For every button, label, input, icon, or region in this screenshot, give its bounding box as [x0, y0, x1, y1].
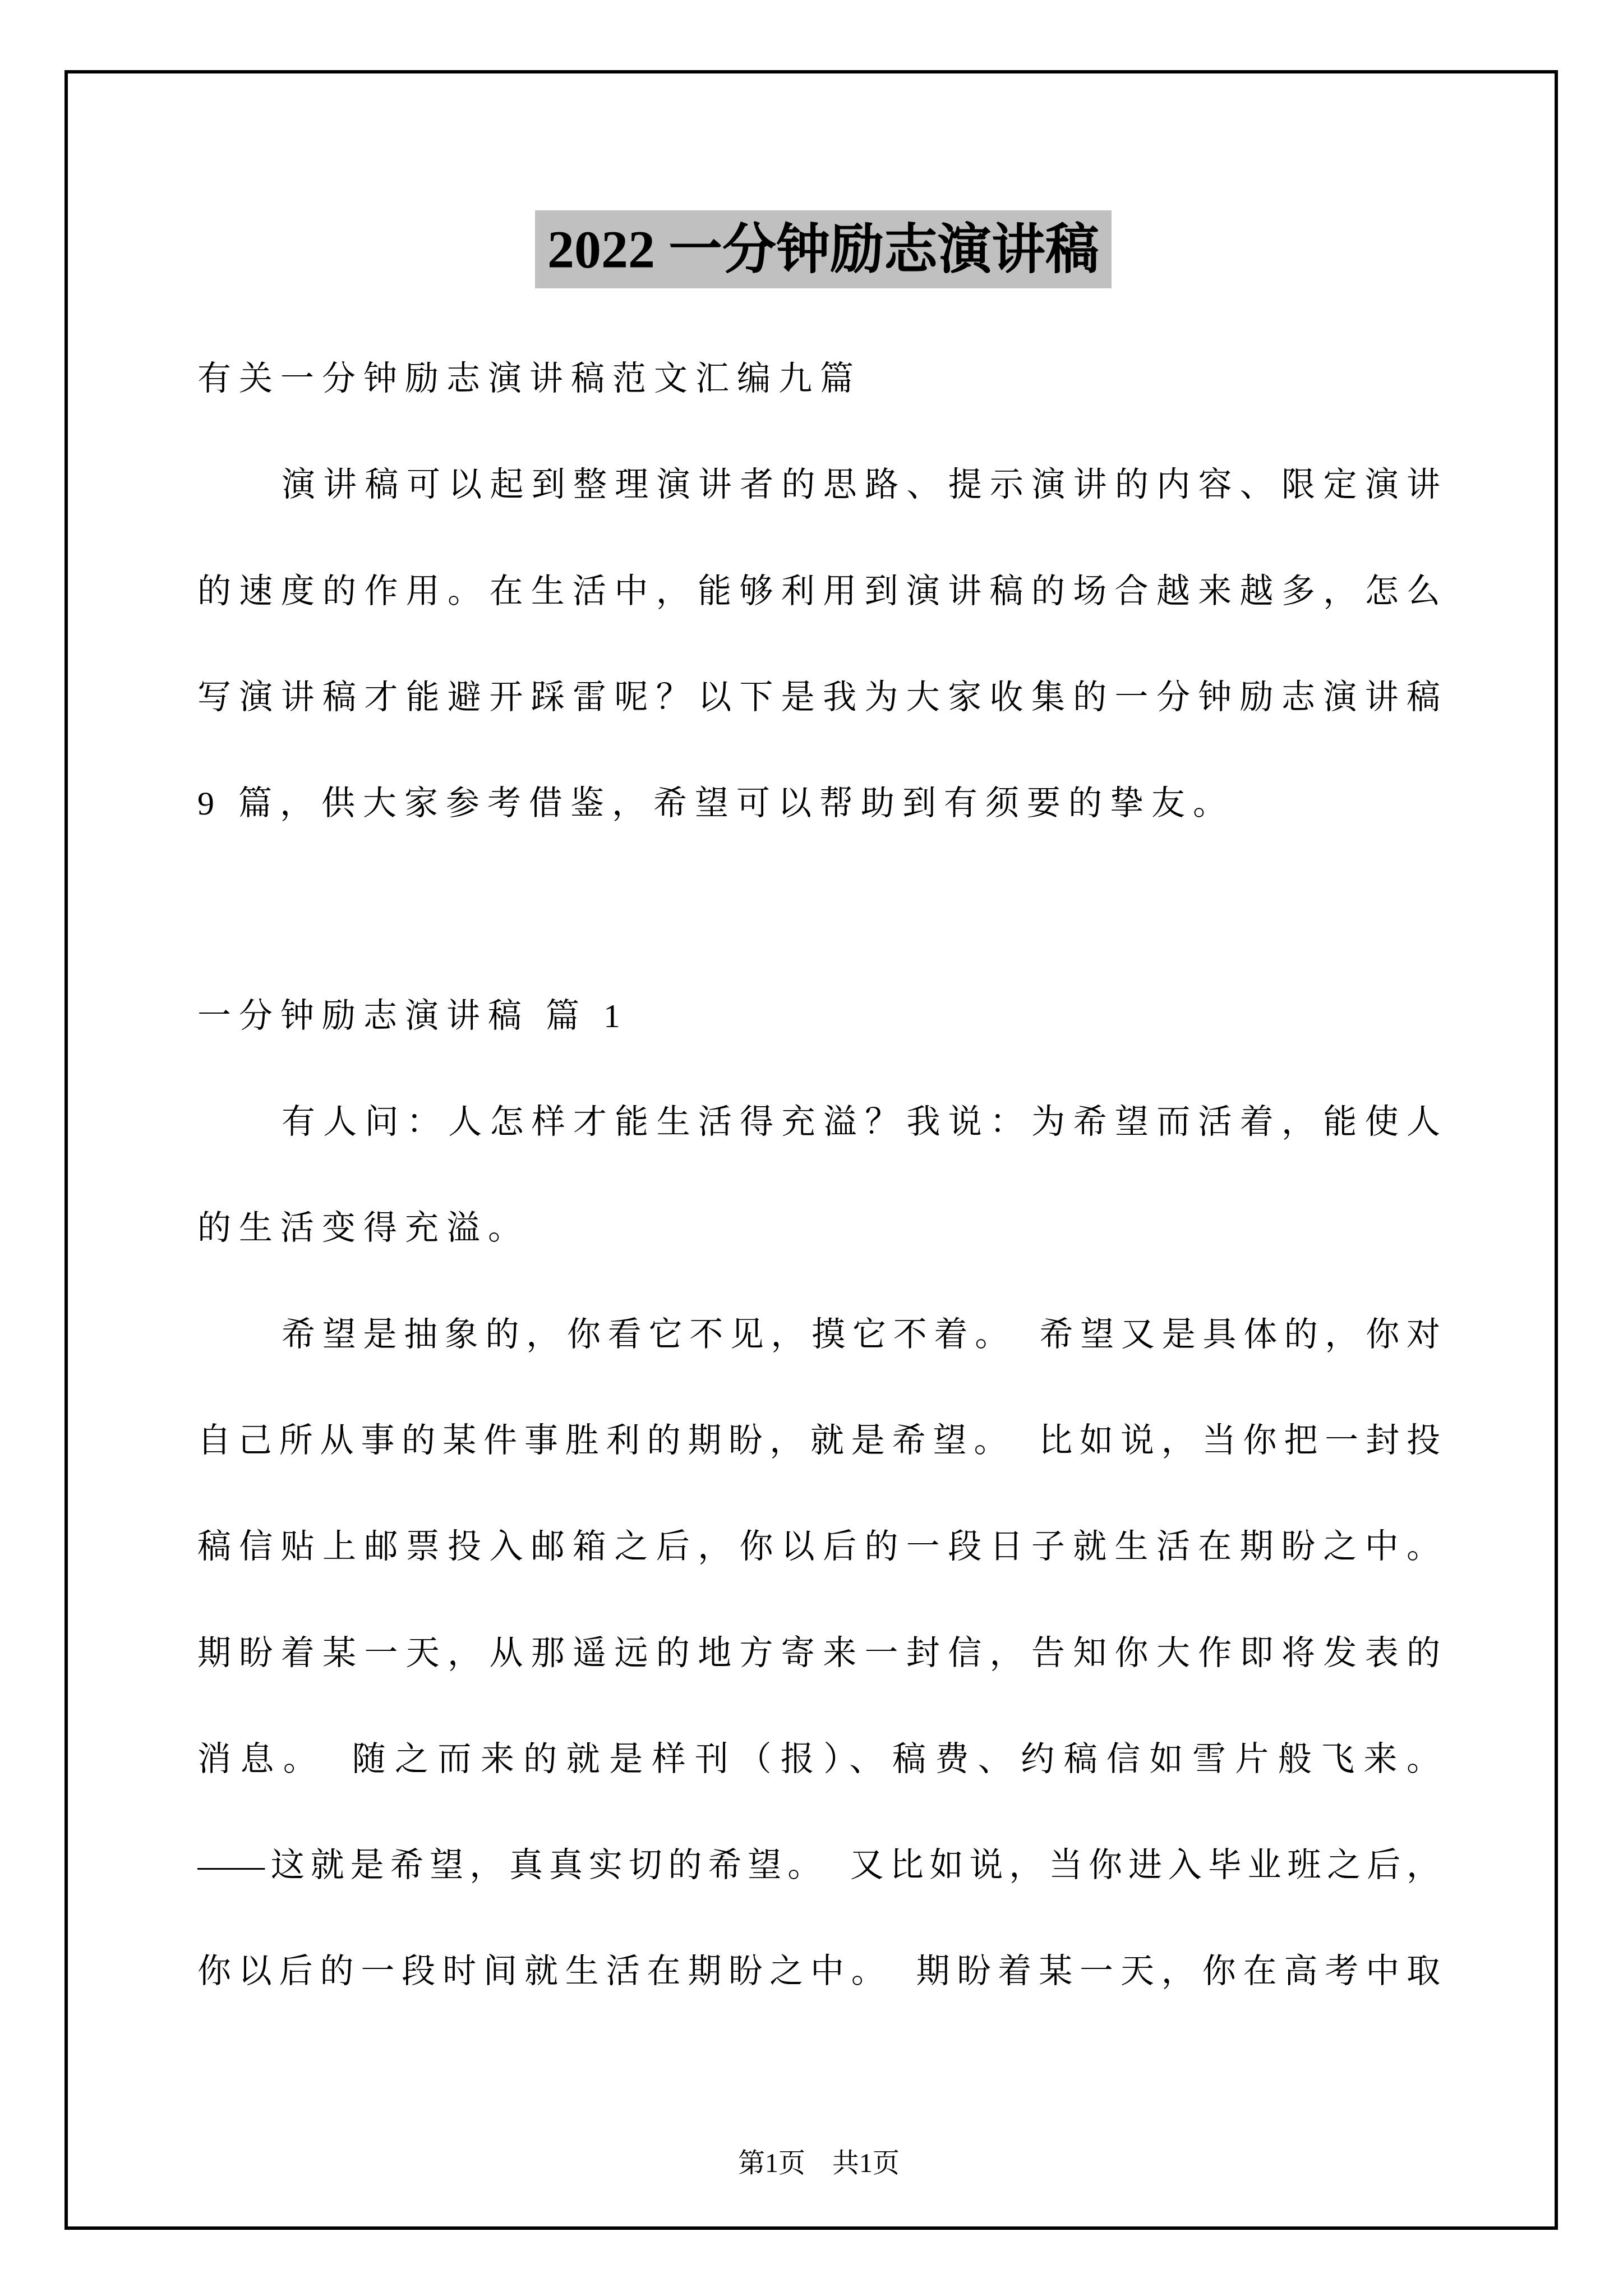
text-line: 稿信贴上邮票投入邮箱之后，你以后的一段日子就生活在期盼之中。	[197, 1494, 1440, 1600]
text-line: 的速度的作用。在生活中，能够利用到演讲稿的场合越来越多，怎么	[197, 539, 1440, 645]
text-line: 9 篇，供大家参考借鉴，希望可以帮助到有须要的挚友。	[197, 751, 1440, 857]
text-line: 期盼着某一天，从那遥远的地方寄来一封信，告知你大作即将发表的	[197, 1600, 1440, 1706]
text-line: 有人问：人怎样才能生活得充溢？我说：为希望而活着，能使人	[197, 1069, 1440, 1175]
text-line: 一分钟励志演讲稿 篇 1	[197, 963, 1440, 1069]
text-line: 演讲稿可以起到整理演讲者的思路、提示演讲的内容、限定演讲	[197, 432, 1440, 538]
text-line: 希望是抽象的，你看它不见，摸它不着。 希望又是具体的，你对	[197, 1282, 1440, 1388]
document-title-text: 2022 一分钟励志演讲稿	[535, 210, 1112, 288]
text-line: 自己所从事的某件事胜利的期盼，就是希望。 比如说，当你把一封投	[197, 1388, 1440, 1494]
text-line: 的生活变得充溢。	[197, 1175, 1440, 1281]
text-line: ——这就是希望，真真实切的希望。 又比如说，当你进入毕业班之后，	[197, 1812, 1440, 1918]
text-line: 消息。 随之而来的就是样刊（报）、稿费、约稿信如雪片般飞来。	[197, 1706, 1440, 1812]
document-title: 2022 一分钟励志演讲稿	[197, 200, 1440, 278]
text-line: 你以后的一段时间就生活在期盼之中。 期盼着某一天，你在高考中取	[197, 1918, 1440, 2024]
text-line: 有关一分钟励志演讲稿范文汇编九篇	[197, 326, 1440, 432]
document-page: 2022 一分钟励志演讲稿 有关一分钟励志演讲稿范文汇编九篇演讲稿可以起到整理演…	[0, 0, 1623, 2296]
page-number-footer: 第1页 共1页	[197, 2144, 1440, 2183]
text-line: 写演讲稿才能避开踩雷呢？以下是我为大家收集的一分钟励志演讲稿	[197, 645, 1440, 751]
text-line	[197, 857, 1440, 963]
document-body: 有关一分钟励志演讲稿范文汇编九篇演讲稿可以起到整理演讲者的思路、提示演讲的内容、…	[197, 326, 1440, 2025]
